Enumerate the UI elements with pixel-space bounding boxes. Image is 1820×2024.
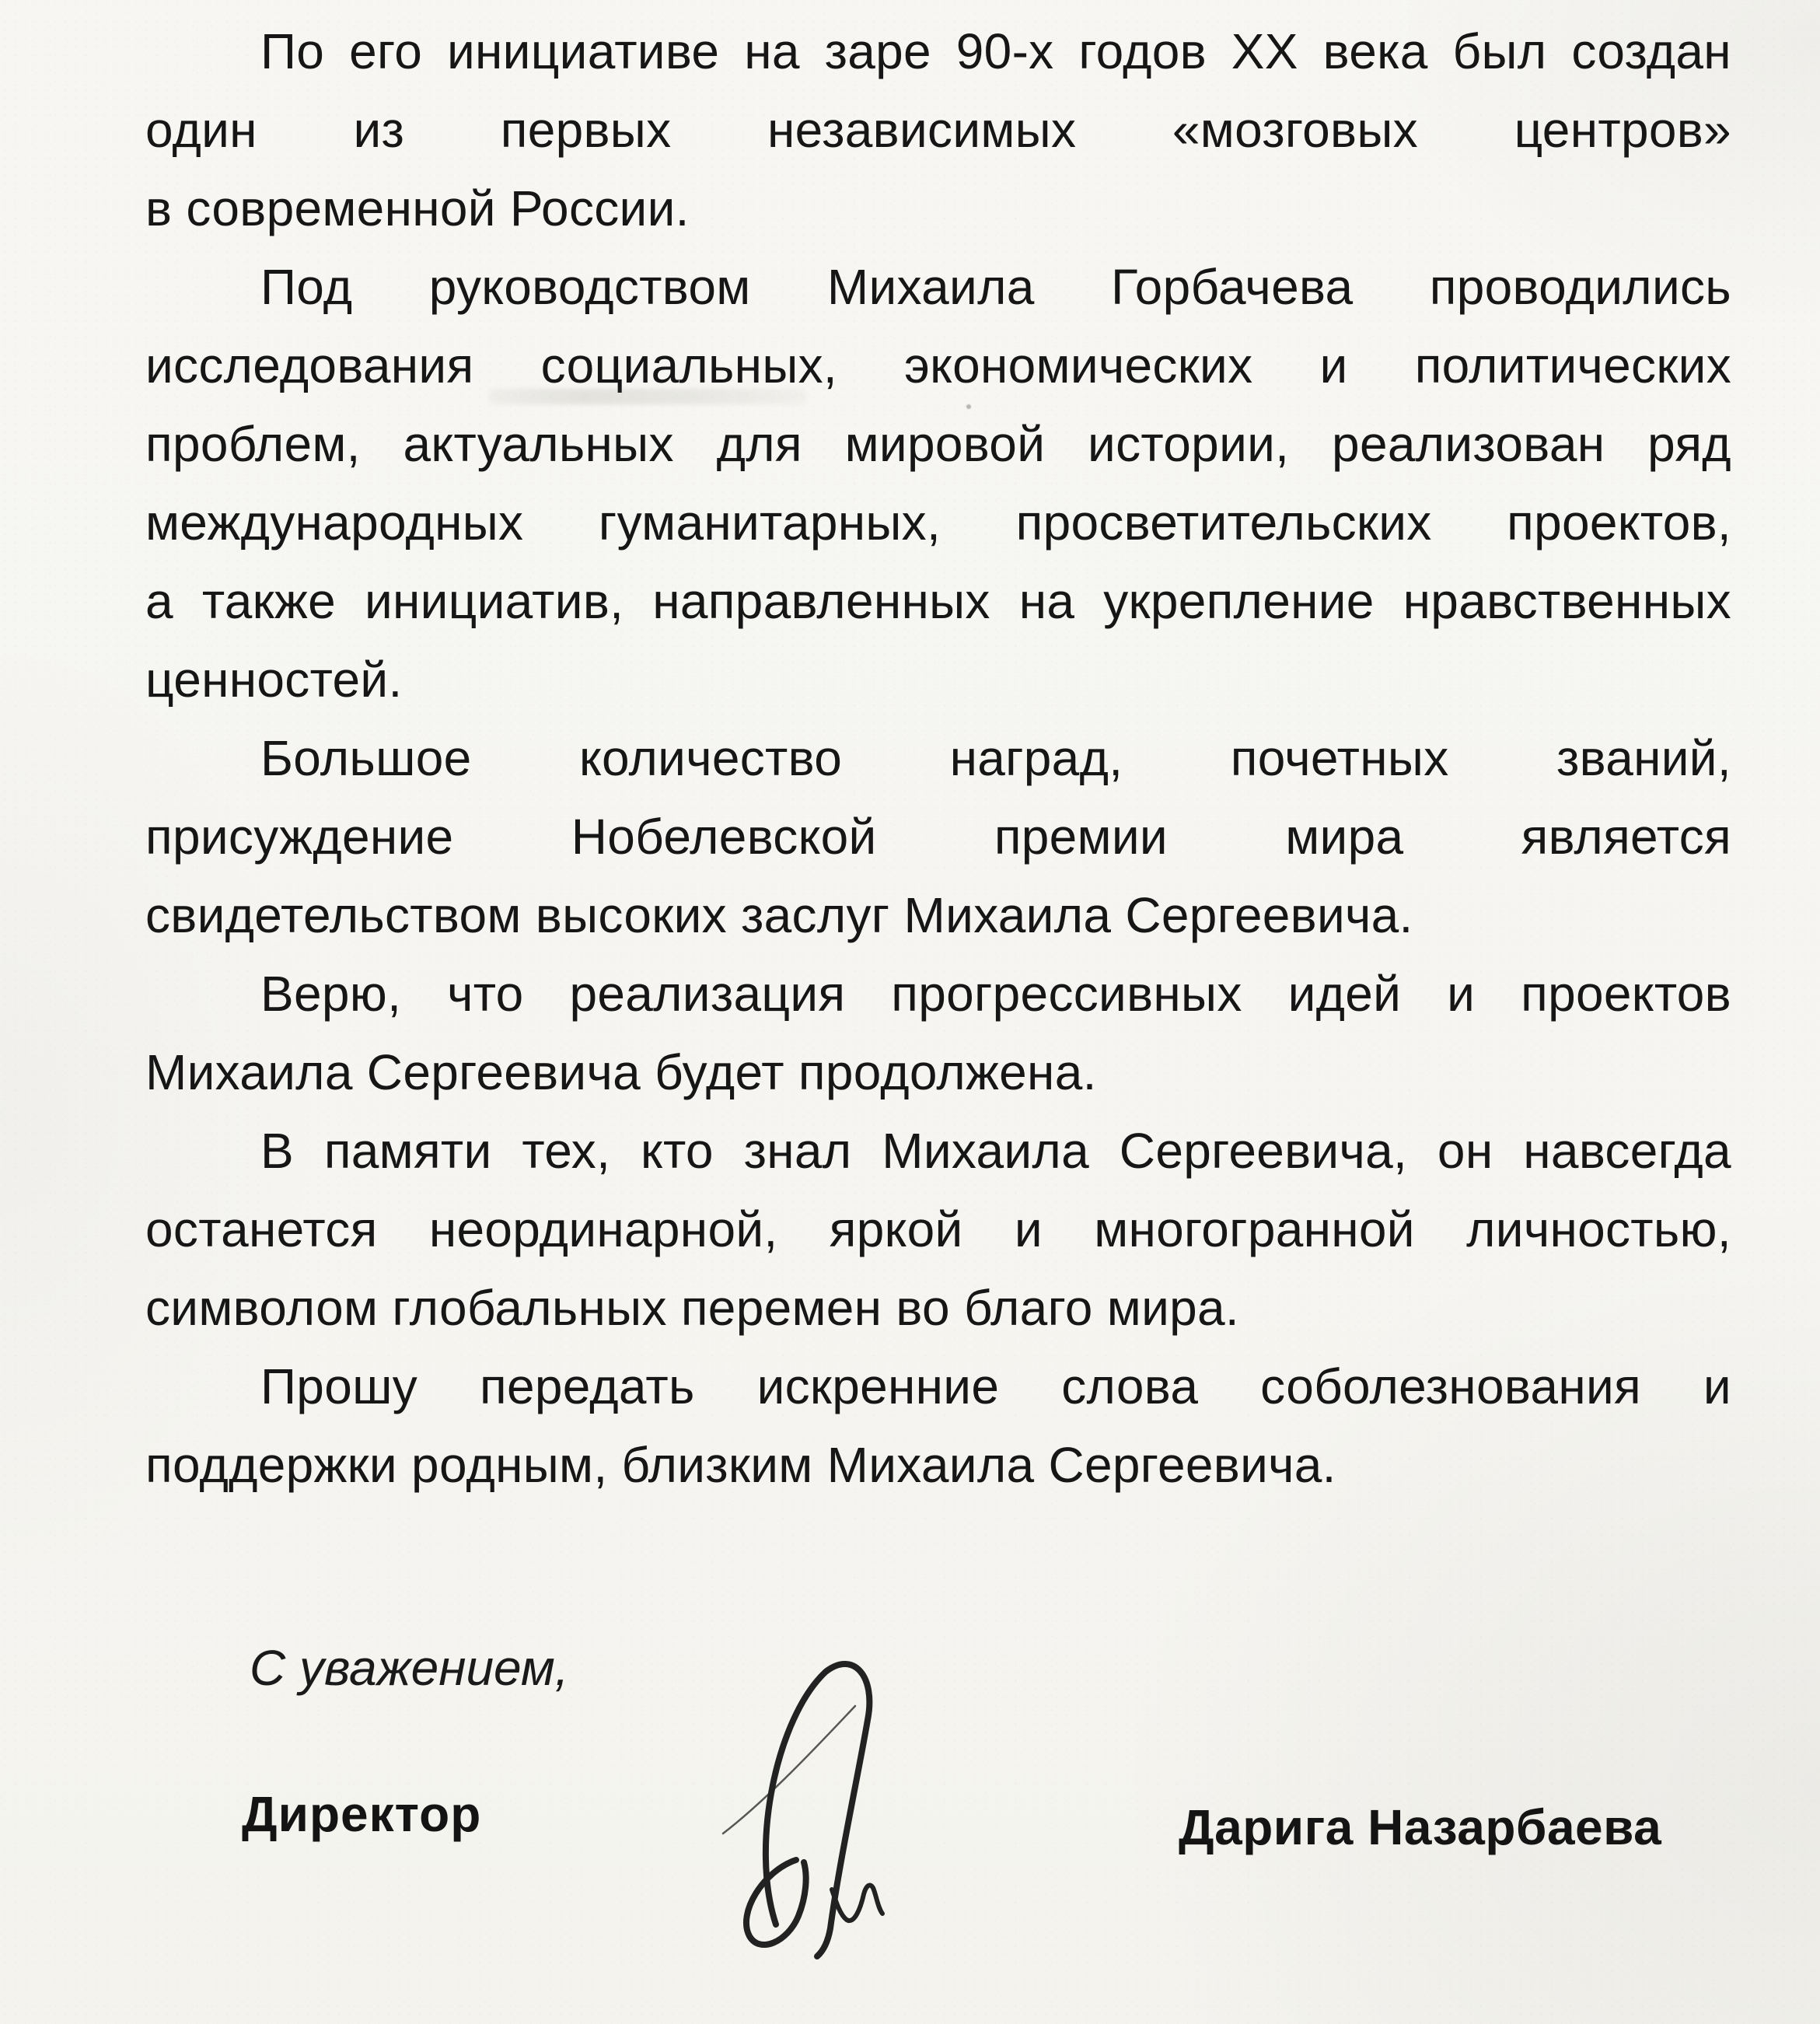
text-line: исследованиясоциальных,экономическихипол… xyxy=(145,327,1731,405)
word: первых xyxy=(501,91,672,170)
text-line: Верю,чтореализацияпрогрессивныхидейипрое… xyxy=(145,955,1731,1033)
text-line: Прошупередатьискренниесловасоболезновани… xyxy=(145,1348,1731,1426)
word: останется xyxy=(145,1190,378,1269)
word: многогранной xyxy=(1094,1190,1415,1269)
word: «мозговых xyxy=(1172,91,1418,170)
word: был xyxy=(1453,12,1547,91)
word: проектов xyxy=(1521,955,1731,1033)
word: заре xyxy=(825,12,931,91)
word: он xyxy=(1437,1112,1493,1190)
word: создан xyxy=(1571,12,1731,91)
word: исследования xyxy=(145,327,473,405)
text-line: символом глобальных перемен во благо мир… xyxy=(145,1269,1731,1348)
signer-name: Дарига Назарбаева xyxy=(1179,1788,1692,1867)
closing-salutation: С уважением, xyxy=(250,1629,569,1708)
word: Михаила xyxy=(827,248,1035,327)
signer-title: Директор xyxy=(242,1775,481,1854)
word: памяти xyxy=(324,1112,492,1190)
text-line: ПодруководствомМихаилаГорбачевапроводили… xyxy=(145,248,1731,327)
text-line: ценностей. xyxy=(145,641,1731,719)
text-line: атакжеинициатив,направленныхнаукрепление… xyxy=(145,562,1731,641)
word: тех, xyxy=(522,1112,610,1190)
word: реализация xyxy=(569,955,845,1033)
word: актуальных xyxy=(403,405,674,484)
text-line: присуждениеНобелевскойпремиимираявляется xyxy=(145,798,1731,876)
word: на xyxy=(1019,562,1075,641)
word: ХХ xyxy=(1231,12,1298,91)
word: гуманитарных, xyxy=(599,484,941,562)
word: просветительских xyxy=(1016,484,1432,562)
word: знал xyxy=(744,1112,852,1190)
word: направленных xyxy=(652,562,990,641)
word: соболезнования xyxy=(1260,1348,1641,1426)
word: и xyxy=(1447,955,1475,1033)
text-line: останетсянеординарной,яркойимногогранной… xyxy=(145,1190,1731,1269)
letter-page: Поегоинициативеназаре90-хгодовХХвекабылс… xyxy=(0,0,1820,2024)
word: годов xyxy=(1078,12,1207,91)
word: Прошу xyxy=(260,1348,417,1426)
text-line: Впамятитех,ктозналМихаилаСергеевича,онна… xyxy=(145,1112,1731,1190)
text-line: Поегоинициативеназаре90-хгодовХХвекабылс… xyxy=(145,12,1731,91)
text-line: поддержки родным, близким Михаила Сергее… xyxy=(145,1426,1731,1505)
word: кто xyxy=(641,1112,714,1190)
word: также xyxy=(202,562,336,641)
word: проектов, xyxy=(1507,484,1731,562)
word: руководством xyxy=(429,248,751,327)
word: передать xyxy=(480,1348,695,1426)
text-line: свидетельством высоких заслуг Михаила Се… xyxy=(145,876,1731,955)
word: искренние xyxy=(757,1348,1000,1426)
word: наград, xyxy=(950,719,1123,798)
word: и xyxy=(1320,327,1348,405)
word: 90-х xyxy=(956,12,1054,91)
word: века xyxy=(1323,12,1428,91)
word: Большое xyxy=(260,719,472,798)
word: Сергеевича, xyxy=(1120,1112,1407,1190)
word: на xyxy=(744,12,800,91)
word: слова xyxy=(1061,1348,1198,1426)
text-line: международныхгуманитарных,просветительск… xyxy=(145,484,1731,562)
word: социальных, xyxy=(541,327,837,405)
word: Под xyxy=(260,248,352,327)
word: ряд xyxy=(1647,405,1731,484)
word: мира xyxy=(1285,798,1403,876)
handwritten-signature-icon xyxy=(715,1656,917,1967)
word: реализован xyxy=(1332,405,1605,484)
word: неординарной, xyxy=(429,1190,778,1269)
word: личностью, xyxy=(1466,1190,1731,1269)
word: прогрессивных xyxy=(891,955,1242,1033)
word: Горбачева xyxy=(1111,248,1353,327)
word: независимых xyxy=(767,91,1076,170)
word: Нобелевской xyxy=(571,798,877,876)
word: По xyxy=(260,12,324,91)
word: истории, xyxy=(1088,405,1289,484)
word: его xyxy=(349,12,422,91)
word: количество xyxy=(579,719,842,798)
word: является xyxy=(1521,798,1731,876)
text-line: Большоеколичествонаград,почетныхзваний, xyxy=(145,719,1731,798)
word: мировой xyxy=(845,405,1046,484)
word: присуждение xyxy=(145,798,453,876)
word: идей xyxy=(1288,955,1402,1033)
word: для xyxy=(717,405,802,484)
word: и xyxy=(1015,1190,1043,1269)
text-line: одинизпервыхнезависимых«мозговыхцентров» xyxy=(145,91,1731,170)
word: что xyxy=(447,955,523,1033)
word: яркой xyxy=(830,1190,963,1269)
word: инициатив, xyxy=(365,562,624,641)
word: экономических xyxy=(904,327,1252,405)
word: инициативе xyxy=(447,12,719,91)
word: а xyxy=(145,562,173,641)
word: проблем, xyxy=(145,405,361,484)
letter-body: Поегоинициативеназаре90-хгодовХХвекабылс… xyxy=(145,12,1731,1505)
text-line: проблем,актуальныхдлямировойистории,реал… xyxy=(145,405,1731,484)
word: центров» xyxy=(1514,91,1731,170)
word: Михаила xyxy=(882,1112,1089,1190)
word: из xyxy=(353,91,404,170)
word: один xyxy=(145,91,257,170)
word: почетных xyxy=(1231,719,1449,798)
word: международных xyxy=(145,484,523,562)
word: политических xyxy=(1415,327,1731,405)
word: премии xyxy=(994,798,1168,876)
word: Верю, xyxy=(260,955,401,1033)
word: званий, xyxy=(1556,719,1731,798)
text-line: в современной России. xyxy=(145,170,1731,248)
word: и xyxy=(1703,1348,1731,1426)
text-line: Михаила Сергеевича будет продолжена. xyxy=(145,1033,1731,1112)
word: проводились xyxy=(1430,248,1731,327)
word: укрепление xyxy=(1103,562,1374,641)
word: нравственных xyxy=(1403,562,1731,641)
word: В xyxy=(260,1112,294,1190)
word: навсегда xyxy=(1523,1112,1731,1190)
